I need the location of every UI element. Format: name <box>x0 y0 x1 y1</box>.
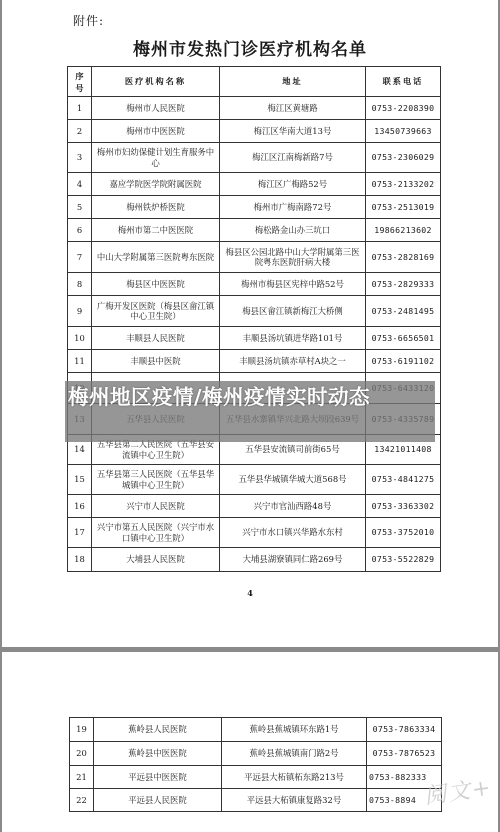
cell-address: 平远县大柘镇柘东路213号 <box>222 766 367 789</box>
cell-address: 梅州市梅县区宪梓中路52号 <box>220 273 366 296</box>
cell-address: 梅州市广梅南路72号 <box>220 196 366 219</box>
cell-address: 丰顺县汤坑镇赤草村A块之一 <box>220 350 366 373</box>
document-page-2: 19 蕉岭县人民医院 蕉岭县蕉城镇环东路1号 0753-7863334 20 蕉… <box>2 652 498 832</box>
cell-name: 兴宁市第五人民医院（兴宁市水口镇中心卫生院） <box>92 518 220 548</box>
cell-name: 嘉应学院医学院附属医院 <box>92 173 220 196</box>
cell-address: 梅江区广梅路52号 <box>220 173 366 196</box>
cell-seq: 6 <box>68 219 92 242</box>
table-row: 17 兴宁市第五人民医院（兴宁市水口镇中心卫生院） 兴宁市水口镇兴华路水东村 0… <box>68 518 441 548</box>
cell-address: 平远县大柘镇康复路32号 <box>222 789 367 812</box>
cell-seq: 3 <box>68 143 92 173</box>
hospital-table-page-1: 序号 医疗机构名称 地址 联系电话 1 梅州市人民医院 梅江区黄塘路 0753-… <box>67 66 441 572</box>
cell-seq: 9 <box>68 296 92 327</box>
cell-phone: 0753-6656501 <box>366 327 441 350</box>
cell-seq: 17 <box>68 518 92 548</box>
cell-name: 丰顺县中医院 <box>92 350 220 373</box>
cell-address: 兴宁市官汕西路48号 <box>220 495 366 518</box>
cell-phone: 0753-2828169 <box>366 242 441 273</box>
table-row: 11 丰顺县中医院 丰顺县汤坑镇赤草村A块之一 0753-6191102 <box>68 350 441 373</box>
table-row: 4 嘉应学院医学院附属医院 梅江区广梅路52号 0753-2133202 <box>68 173 441 196</box>
header-name: 医疗机构名称 <box>92 67 220 97</box>
document-title: 梅州市发热门诊医疗机构名单 <box>2 35 498 60</box>
table-header-row: 序号 医疗机构名称 地址 联系电话 <box>68 67 441 97</box>
cell-name: 蕉岭县中医医院 <box>94 742 222 766</box>
cell-phone: 0753-2513019 <box>366 196 441 219</box>
cell-phone: 19866213602 <box>366 219 441 242</box>
cell-phone: 0753-7876523 <box>367 742 442 766</box>
table-row: 20 蕉岭县中医医院 蕉岭县蕉城镇南门路2号 0753-7876523 <box>70 742 442 766</box>
cell-seq: 19 <box>70 718 94 742</box>
table-row: 3 梅州市妇幼保健计划生育服务中心 梅江区江南梅新路7号 0753-230602… <box>68 143 441 173</box>
cell-name: 平远县人民医院 <box>94 789 222 812</box>
cell-phone: 13450739663 <box>366 120 441 143</box>
cell-phone: 0753-7863334 <box>367 718 442 742</box>
table-row: 9 广梅开发区医院（梅县区畲江镇中心卫生院） 梅县区畲江镇新梅江大桥侧 0753… <box>68 296 441 327</box>
headline-overlay-title[interactable]: 梅州地区疫情/梅州疫情实时动态 <box>68 384 398 411</box>
table-row: 19 蕉岭县人民医院 蕉岭县蕉城镇环东路1号 0753-7863334 <box>70 718 442 742</box>
cell-address: 丰顺县汤坑镇进华路101号 <box>220 327 366 350</box>
cell-name: 梅州市人民医院 <box>92 97 220 120</box>
cell-name: 五华县第三人民医院（五华县华城镇中心卫生院） <box>92 465 220 495</box>
header-address: 地址 <box>220 67 366 97</box>
cell-phone: 0753-2133202 <box>366 173 441 196</box>
cell-seq: 4 <box>68 173 92 196</box>
cell-name: 兴宁市人民医院 <box>92 495 220 518</box>
table-row: 8 梅县区中医医院 梅州市梅县区宪梓中路52号 0753-2829333 <box>68 273 441 296</box>
cell-seq: 11 <box>68 350 92 373</box>
table-row: 10 丰顺县人民医院 丰顺县汤坑镇进华路101号 0753-6656501 <box>68 327 441 350</box>
cell-seq: 10 <box>68 327 92 350</box>
cell-address: 兴宁市水口镇兴华路水东村 <box>220 518 366 548</box>
cell-seq: 2 <box>68 120 92 143</box>
cell-phone: 0753-2208390 <box>366 97 441 120</box>
cell-phone: 0753-5522829 <box>366 548 441 572</box>
cell-address: 梅江区黄塘路 <box>220 97 366 120</box>
cell-name: 梅州市妇幼保健计划生育服务中心 <box>92 143 220 173</box>
cell-address: 蕉岭县蕉城镇南门路2号 <box>222 742 367 766</box>
hospital-table-page-2: 19 蕉岭县人民医院 蕉岭县蕉城镇环东路1号 0753-7863334 20 蕉… <box>69 717 442 812</box>
cell-name: 蕉岭县人民医院 <box>94 718 222 742</box>
cell-phone: 0753-3363302 <box>366 495 441 518</box>
table-row: 2 梅州市中医医院 梅江区华南大道13号 13450739663 <box>68 120 441 143</box>
cell-address: 梅松路金山办三坑口 <box>220 219 366 242</box>
cell-seq: 15 <box>68 465 92 495</box>
table-row: 15 五华县第三人民医院（五华县华城镇中心卫生院） 五华县华城镇华城大道568号… <box>68 465 441 495</box>
cell-seq: 22 <box>70 789 94 812</box>
cell-name: 梅县区中医医院 <box>92 273 220 296</box>
table-row: 6 梅州市第二中医医院 梅松路金山办三坑口 19866213602 <box>68 219 441 242</box>
table-row: 1 梅州市人民医院 梅江区黄塘路 0753-2208390 <box>68 97 441 120</box>
cell-seq: 21 <box>70 766 94 789</box>
table-row: 21 平远县中医医院 平远县大柘镇柘东路213号 0753-882333 <box>70 766 442 789</box>
page-number: 4 <box>2 588 498 598</box>
cell-address: 梅江区江南梅新路7号 <box>220 143 366 173</box>
table-row: 22 平远县人民医院 平远县大柘镇康复路32号 0753-8894 <box>70 789 442 812</box>
attachment-label: 附件: <box>73 12 104 29</box>
cell-name: 中山大学附属第三医院粤东医院 <box>92 242 220 273</box>
table-row: 7 中山大学附属第三医院粤东医院 梅县区公园北路中山大学附属第三医院粤东医院肝病… <box>68 242 441 273</box>
table-row: 16 兴宁市人民医院 兴宁市官汕西路48号 0753-3363302 <box>68 495 441 518</box>
cell-address: 五华县华城镇华城大道568号 <box>220 465 366 495</box>
cell-name: 梅州市第二中医医院 <box>92 219 220 242</box>
header-seq: 序号 <box>68 67 92 97</box>
header-phone: 联系电话 <box>366 67 441 97</box>
cell-seq: 20 <box>70 742 94 766</box>
table-row: 5 梅州铁炉桥医院 梅州市广梅南路72号 0753-2513019 <box>68 196 441 219</box>
cell-address: 梅县区公园北路中山大学附属第三医院粤东医院肝病大楼 <box>220 242 366 273</box>
cell-address: 大埔县湖寮镇同仁路269号 <box>220 548 366 572</box>
cell-name: 广梅开发区医院（梅县区畲江镇中心卫生院） <box>92 296 220 327</box>
cell-phone: 0753-2481495 <box>366 296 441 327</box>
cell-phone: 0753-6191102 <box>366 350 441 373</box>
cell-seq: 16 <box>68 495 92 518</box>
cell-phone: 0753-4841275 <box>366 465 441 495</box>
document-page-1: 附件: 梅州市发热门诊医疗机构名单 序号 医疗机构名称 地址 联系电话 1 梅州… <box>2 0 498 647</box>
cell-seq: 1 <box>68 97 92 120</box>
cell-seq: 8 <box>68 273 92 296</box>
cell-phone: 0753-2829333 <box>366 273 441 296</box>
cell-phone: 0753-2306029 <box>366 143 441 173</box>
cell-seq: 7 <box>68 242 92 273</box>
cell-phone: 0753-3752010 <box>366 518 441 548</box>
cell-address: 梅县区畲江镇新梅江大桥侧 <box>220 296 366 327</box>
cell-name: 梅州市中医医院 <box>92 120 220 143</box>
cell-seq: 5 <box>68 196 92 219</box>
cell-address: 蕉岭县蕉城镇环东路1号 <box>222 718 367 742</box>
cell-name: 平远县中医医院 <box>94 766 222 789</box>
cell-seq: 18 <box>68 548 92 572</box>
cell-name: 大埔县人民医院 <box>92 548 220 572</box>
cell-address: 梅江区华南大道13号 <box>220 120 366 143</box>
cell-name: 梅州铁炉桥医院 <box>92 196 220 219</box>
table-row: 18 大埔县人民医院 大埔县湖寮镇同仁路269号 0753-5522829 <box>68 548 441 572</box>
cell-name: 丰顺县人民医院 <box>92 327 220 350</box>
